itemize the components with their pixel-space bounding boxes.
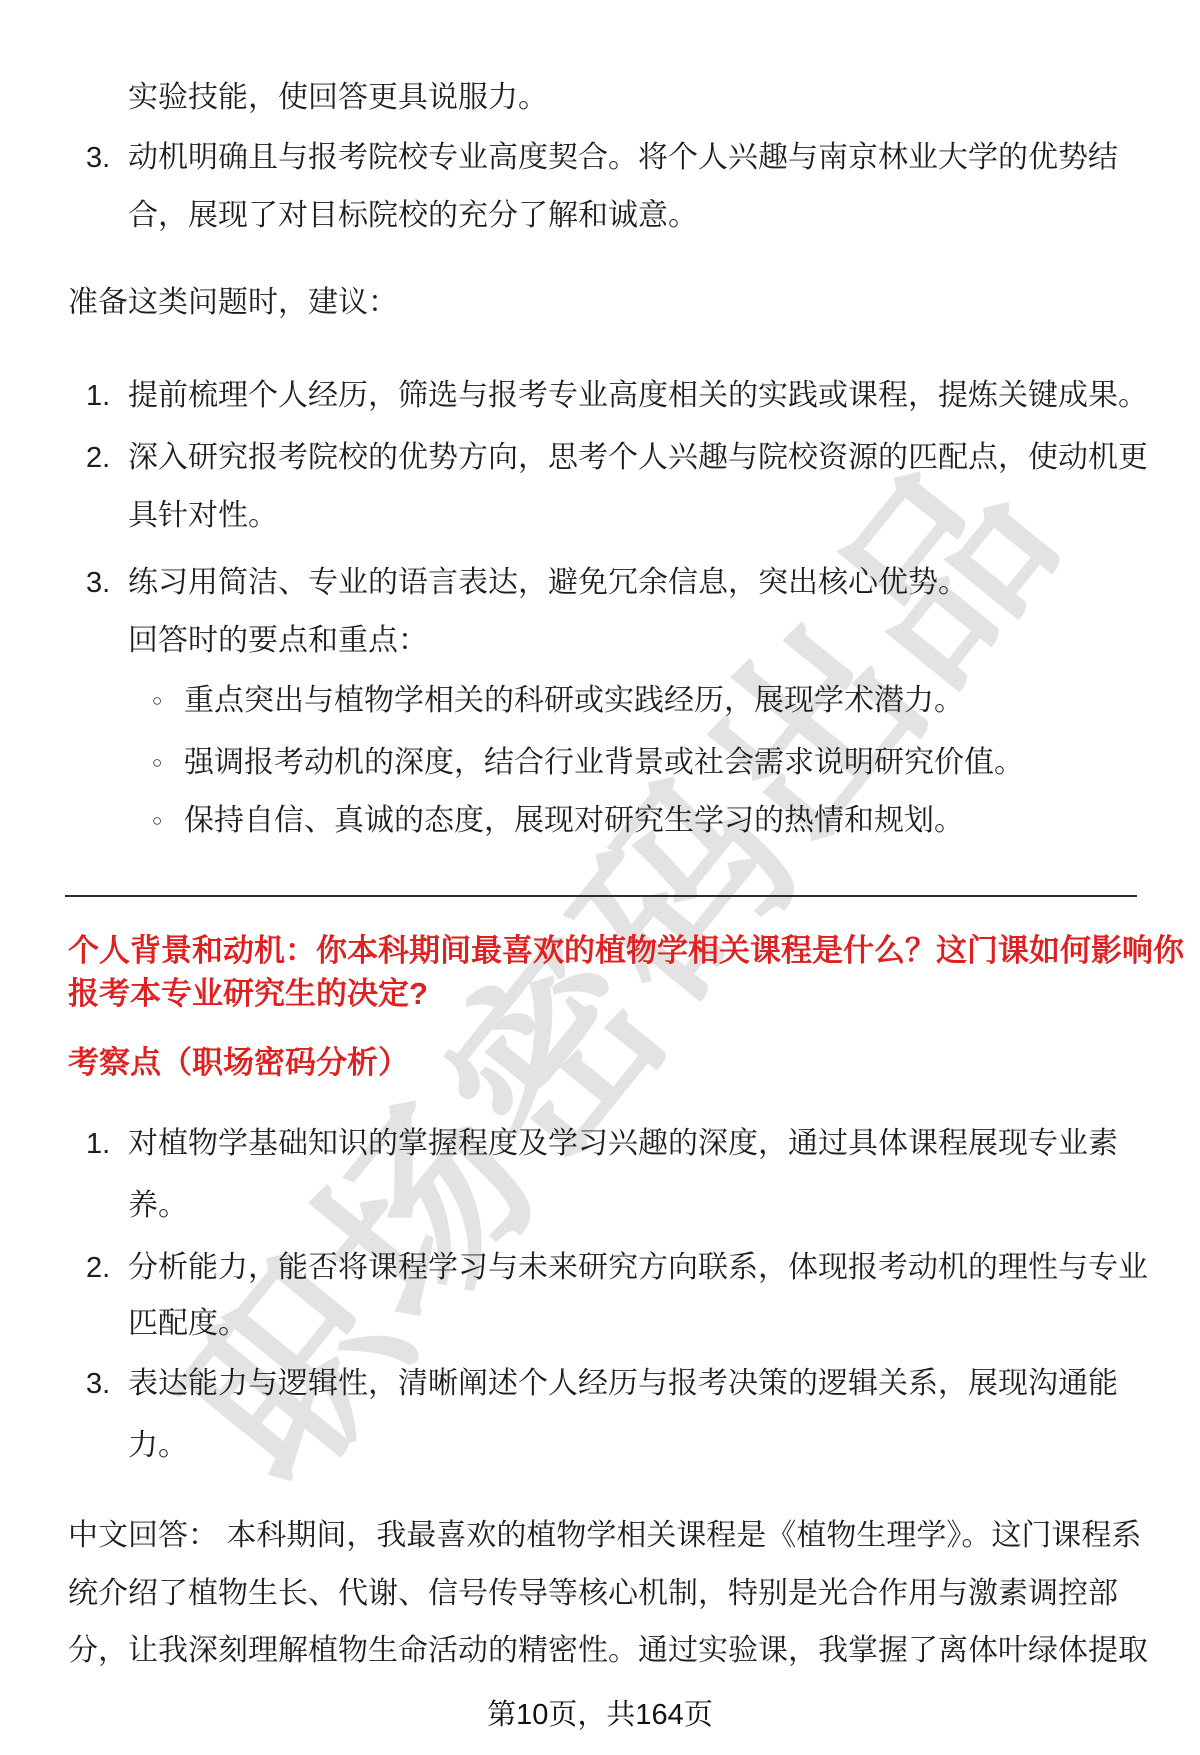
numbered-item: 3.练习用简洁、专业的语言表达，避免冗余信息，突出核心优势。 [86, 565, 968, 601]
document-page: 职场密码出品 实验技能，使回答更具说服力。 3.动机明确且与报考院校专业高度契合… [0, 0, 1200, 1755]
answer-paragraph-line: 中文回答： 本科期间，我最喜欢的植物学相关课程是《植物生理学》。这门课程系 [68, 1518, 1141, 1554]
item-text: 提前梳理个人经历，筛选与报考专业高度相关的实践或课程，提炼关键成果。 [128, 379, 1148, 412]
circle-bullet-icon: ○ [152, 683, 170, 719]
circle-bullet-icon: ○ [152, 803, 170, 839]
numbered-item: 1.提前梳理个人经历，筛选与报考专业高度相关的实践或课程，提炼关键成果。 [86, 378, 1148, 414]
answer-paragraph-line: 统介绍了植物生长、代谢、信号传导等核心机制，特别是光合作用与激素调控部 [68, 1576, 1118, 1612]
bullet-text: 保持自信、真诚的态度，展现对研究生学习的热情和规划。 [184, 804, 964, 837]
answer-paragraph-line: 分，让我深刻理解植物生命活动的精密性。通过实验课，我掌握了离体叶绿体提取 [68, 1633, 1148, 1669]
paragraph-line: 回答时的要点和重点： [128, 623, 428, 659]
item-text: 练习用简洁、专业的语言表达，避免冗余信息，突出核心优势。 [128, 566, 968, 599]
question-heading-line: 报考本专业研究生的决定? [68, 976, 428, 1012]
paragraph-line: 实验技能，使回答更具说服力。 [128, 80, 548, 116]
item-number: 3. [86, 1366, 128, 1402]
item-number: 3. [86, 565, 128, 601]
numbered-item-continuation: 养。 [128, 1188, 188, 1224]
bullet-item: ○重点突出与植物学相关的科研或实践经历，展现学术潜力。 [152, 683, 964, 723]
numbered-item: 2.分析能力，能否将课程学习与未来研究方向联系，体现报考动机的理性与专业 [86, 1250, 1148, 1286]
item-text: 表达能力与逻辑性，清晰阐述个人经历与报考决策的逻辑关系，展现沟通能 [128, 1367, 1118, 1400]
bullet-text: 重点突出与植物学相关的科研或实践经历，展现学术潜力。 [184, 684, 964, 717]
item-number: 1. [86, 1126, 128, 1162]
paragraph-line: 准备这类问题时，建议： [68, 285, 398, 321]
numbered-item: 3.表达能力与逻辑性，清晰阐述个人经历与报考决策的逻辑关系，展现沟通能 [86, 1366, 1118, 1402]
item-number: 3. [86, 140, 128, 176]
numbered-item-continuation: 匹配度。 [128, 1306, 248, 1342]
item-text: 对植物学基础知识的掌握程度及学习兴趣的深度，通过具体课程展现专业素 [128, 1127, 1118, 1160]
item-number: 1. [86, 378, 128, 414]
item-text: 动机明确且与报考院校专业高度契合。将个人兴趣与南京林业大学的优势结 [128, 141, 1118, 174]
bullet-item: ○保持自信、真诚的态度，展现对研究生学习的热情和规划。 [152, 803, 964, 843]
circle-bullet-icon: ○ [152, 745, 170, 781]
numbered-item: 3.动机明确且与报考院校专业高度契合。将个人兴趣与南京林业大学的优势结 [86, 140, 1118, 176]
numbered-item: 1.对植物学基础知识的掌握程度及学习兴趣的深度，通过具体课程展现专业素 [86, 1126, 1118, 1162]
item-text: 分析能力，能否将课程学习与未来研究方向联系，体现报考动机的理性与专业 [128, 1251, 1148, 1284]
item-text: 深入研究报考院校的优势方向，思考个人兴趣与院校资源的匹配点，使动机更 [128, 441, 1148, 474]
item-number: 2. [86, 1250, 128, 1286]
bullet-item: ○强调报考动机的深度，结合行业背景或社会需求说明研究价值。 [152, 745, 1024, 785]
numbered-item: 2.深入研究报考院校的优势方向，思考个人兴趣与院校资源的匹配点，使动机更 [86, 440, 1148, 476]
analysis-heading: 考察点（职场密码分析） [68, 1045, 409, 1081]
item-number: 2. [86, 440, 128, 476]
bullet-text: 强调报考动机的深度，结合行业背景或社会需求说明研究价值。 [184, 746, 1024, 779]
page-number-footer: 第10页，共164页 [0, 1692, 1200, 1733]
section-divider [65, 895, 1137, 897]
numbered-item-continuation: 具针对性。 [128, 498, 278, 534]
numbered-item-continuation: 力。 [128, 1428, 188, 1464]
numbered-item-continuation: 合，展现了对目标院校的充分了解和诚意。 [128, 198, 698, 234]
question-heading-line: 个人背景和动机：你本科期间最喜欢的植物学相关课程是什么？这门课如何影响你 [68, 933, 1184, 969]
